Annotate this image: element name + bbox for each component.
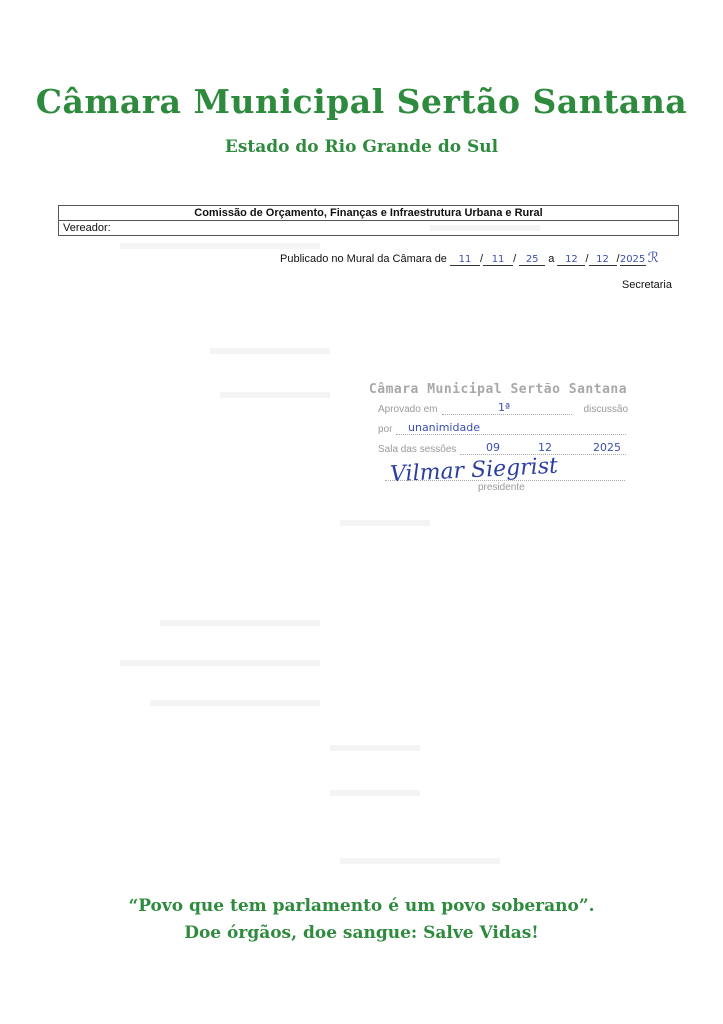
date-slash: / bbox=[513, 253, 516, 265]
vereador-field: Vereador: bbox=[59, 221, 679, 236]
discussion-label: discussão bbox=[584, 404, 628, 415]
header-subtitle: Estado do Rio Grande do Sul bbox=[0, 137, 723, 157]
by-label: por bbox=[378, 424, 392, 435]
approved-line bbox=[442, 414, 572, 415]
stamp-by-row: por unanimidade bbox=[378, 419, 628, 437]
by-value: unanimidade bbox=[408, 421, 480, 434]
session-month: 12 bbox=[538, 441, 552, 454]
presidente-label: presidente bbox=[478, 482, 525, 493]
stamp-approved-row: Aprovado em 1ª discussão bbox=[378, 399, 628, 417]
to-year: 2025 bbox=[620, 254, 646, 266]
by-line bbox=[396, 434, 626, 435]
to-day: 12 bbox=[557, 254, 585, 266]
publication-line: Publicado no Mural da Câmara de 11/11/ 2… bbox=[280, 249, 659, 266]
committee-name: Comissão de Orçamento, Finanças e Infrae… bbox=[59, 206, 679, 221]
header-title: Câmara Municipal Sertão Santana bbox=[0, 82, 723, 121]
approval-stamp: Câmara Municipal Sertão Santana Aprovado… bbox=[378, 382, 628, 457]
approved-value: 1ª bbox=[498, 401, 510, 414]
from-year: 25 bbox=[519, 254, 545, 266]
from-day: 11 bbox=[450, 254, 480, 266]
footer-donation-slogan: Doe órgãos, doe sangue: Salve Vidas! bbox=[0, 923, 723, 943]
publication-label: Publicado no Mural da Câmara de bbox=[280, 253, 447, 265]
initial-mark: ℛ bbox=[648, 249, 659, 265]
footer-motto: “Povo que tem parlamento é um povo sober… bbox=[0, 896, 723, 916]
president-signature: Vilmar Siegrist bbox=[389, 454, 558, 488]
to-month: 12 bbox=[589, 254, 617, 266]
stamp-session-row: Sala das sessões 09 12 2025 bbox=[378, 439, 628, 457]
date-separator: a bbox=[548, 253, 554, 265]
stamp-institution: Câmara Municipal Sertão Santana bbox=[368, 382, 628, 397]
session-day: 09 bbox=[486, 441, 500, 454]
session-year: 2025 bbox=[593, 441, 621, 454]
vereador-label: Vereador: bbox=[63, 222, 111, 234]
signature-line bbox=[385, 480, 625, 481]
session-label: Sala das sessões bbox=[378, 444, 456, 455]
committee-table: Comissão de Orçamento, Finanças e Infrae… bbox=[58, 205, 679, 236]
from-month: 11 bbox=[483, 254, 513, 266]
approved-label: Aprovado em bbox=[378, 404, 437, 415]
secretaria-label: Secretaria bbox=[622, 279, 672, 291]
